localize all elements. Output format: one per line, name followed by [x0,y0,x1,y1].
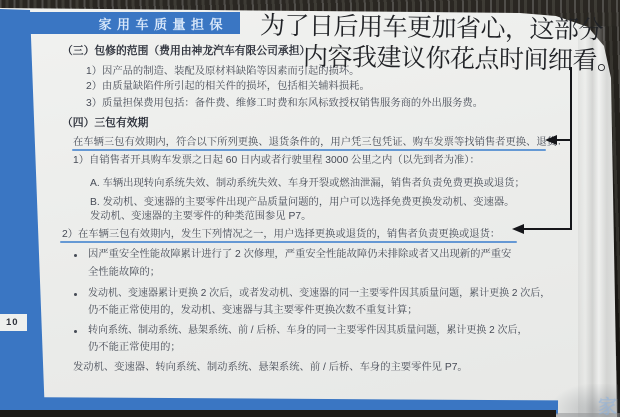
handwritten-note-line-2: 内容我建议你花点时间细看。 [303,37,620,77]
bullet-3-line-2: 仍不能正常使用的； [88,342,181,354]
bullet-1-line-1: 因严重安全性能故障累计进行了 2 次修理，严重安全性能故障仍未排除或者又出现新的… [88,249,511,261]
item-1-sub-b: B. 发动机、变速器的主要零件出现产品质量问题的，用户可以选择免费更换发动机、变… [90,197,514,209]
bullet-dot [74,254,77,257]
page-number: 10 [6,317,19,328]
arrow-head-left-icon [512,224,524,234]
bullet-dot [74,330,77,333]
bullet-3-line-1: 转向系统、制动系统、悬架系统、前 / 后桥、车身的同一主要零件因其质量问题，累计… [88,325,527,337]
section-three-item-2: 2）由质量缺陷件所引起的相关件的损坏，包括相关辅料损耗。 [86,81,370,93]
item-1-note: 发动机、变速器的主要零件的种类范围参见 P7。 [90,211,311,223]
annotation-arrow-branch-1 [556,139,572,141]
section-three-item-3: 3）质量担保费用包括：备件费、维修工时费和东风标致授权销售服务商的外出服务费。 [86,98,483,110]
intro-blue-underline [72,149,546,151]
bullet-2-line-2: 仍不能正常使用的，发动机、变速器与其主要零件更换次数不重复计算； [88,305,418,317]
bullet-1-line-2: 全性能故障的； [88,267,160,279]
header-title: 家用车质量担保 [98,14,228,33]
section-four-closing: 发动机、变速器、转向系统、制动系统、悬架系统、前 / 后桥、车身的主要零件见 P… [73,362,468,374]
annotation-arrow-branch-2 [523,228,572,230]
section-four-intro: 在车辆三包有效期内，符合以下所列更换、退货条件的，用户凭三包凭证、购车发票等找销… [73,137,567,149]
section-four-item-2: 2）在车辆三包有效期内，发生下列情况之一，用户选择更换或退货的，销售者负责更换或… [62,229,500,241]
section-four-item-1: 1）自销售者开具购车发票之日起 60 日内或者行驶里程 3000 公里之内（以先… [73,155,480,167]
photographed-manual-page: 10 家用车质量担保 （三）包修的范围（费用由神龙汽车有限公司承担） 1）因产品… [0,0,620,417]
item-1-sub-a: A. 车辆出现转向系统失效、制动系统失效、车身开裂或燃油泄漏，销售者负责免费更换… [90,178,525,190]
annotation-arrow-spine [570,67,572,230]
section-header-band: 家用车质量担保 [0,12,240,34]
item-2-blue-underline [60,241,517,243]
photo-watermark: 家 [598,392,617,417]
section-four-title: （四）三包有效期 [62,117,148,129]
arrow-head-left-icon [545,135,557,145]
bullet-2-line-1: 发动机、变速器累计更换 2 次后，或者发动机、变速器的同一主要零件因其质量问题，… [88,288,550,300]
bullet-dot [74,293,77,296]
section-three-title: （三）包修的范围（费用由神龙汽车有限公司承担） [62,45,310,57]
stacked-page-edges [578,26,618,417]
background-bottom-strip [0,410,556,417]
